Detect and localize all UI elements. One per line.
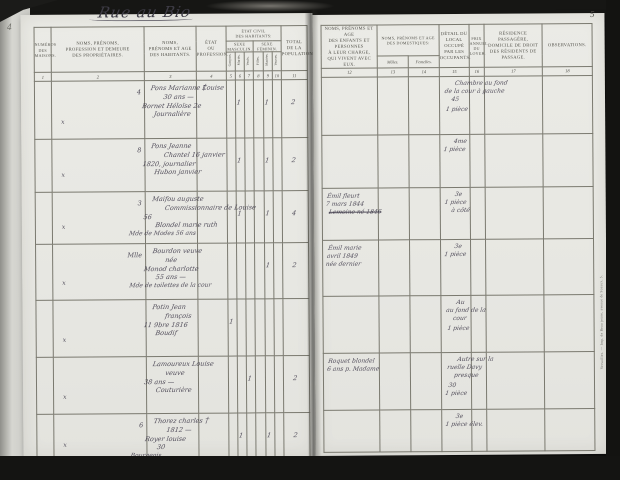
register-row: x Mlle Bourdon veuvenéeMonod charlotte55… xyxy=(36,243,309,301)
civil-cell-maries: 1 xyxy=(238,413,247,460)
civil-cell-veufs xyxy=(244,80,253,138)
civil-cell-veuves xyxy=(272,80,281,138)
check-mark: x xyxy=(62,280,65,287)
civil-cell-veufs xyxy=(247,413,256,460)
observations-cell xyxy=(543,133,593,186)
detail-local-cell: 3e1 pièce xyxy=(440,239,470,295)
prix-loyer-cell xyxy=(471,295,486,352)
register-row: x Lamoureux Louiseveuve38 ans —Couturièr… xyxy=(36,356,309,415)
civil-cell-garcons xyxy=(228,356,237,413)
civil-subcol-maries: Mariés. xyxy=(235,52,244,71)
domestiques-femelles-cell xyxy=(408,76,439,134)
col-header-habitants: NOMS,PRÉNOMS ET AGEDES HABITANTS. xyxy=(144,26,196,72)
prix-loyer-cell xyxy=(470,134,485,187)
civil-cell-garcons: 1 xyxy=(228,299,237,356)
printer-imprint: Versailles. — Imp. de Beau jeune, avenue… xyxy=(599,275,604,369)
maison-cell xyxy=(34,82,51,140)
col-number: 12 xyxy=(321,68,377,77)
residence-cell xyxy=(486,352,544,409)
domestiques-males-cell xyxy=(378,135,409,188)
register-row: Émil fleurt7 mars 1844 Lemoine né 1846 3… xyxy=(322,186,593,240)
proprietaires-cell: x xyxy=(53,357,146,415)
proprietaires-cell: x 8 xyxy=(52,139,145,193)
total-cell xyxy=(283,299,309,356)
civil-cell-filles xyxy=(255,299,265,356)
total-cell: 2 xyxy=(283,356,309,413)
col-number: 5 xyxy=(226,71,235,80)
enfants-cell xyxy=(324,410,380,452)
domestiques-males-cell xyxy=(379,240,410,296)
etat-cell: † xyxy=(196,80,226,138)
domestiques-femelles-cell xyxy=(409,187,440,239)
etat-flourish xyxy=(198,300,227,302)
col-header-enfants: NOMS, PRÉNOMS ET AGEDES ENFANTS ET PERSO… xyxy=(321,25,377,68)
col-number: 11 xyxy=(281,71,307,80)
right-page: 5 NOMS, PRÉNOMS ET AGEDES ENFANTS ET PER… xyxy=(312,13,607,456)
proprietaires-cell: x Mlle xyxy=(53,244,146,301)
etat-flourish xyxy=(197,139,226,141)
etat-cell: † xyxy=(199,413,229,460)
civil-cell-veufs xyxy=(245,191,254,243)
habitants-cell: Pons Marianne Louise30 ans —Bornet Héloï… xyxy=(144,81,196,139)
civil-cell-veuves xyxy=(274,243,283,299)
detail-local-cell: 3e1 pièce élev. xyxy=(442,409,472,451)
civil-cell-filles xyxy=(254,138,264,191)
domestiques-males-cell xyxy=(378,188,409,240)
col-number: 3 xyxy=(144,72,196,81)
civil-cell-mariees: 1 xyxy=(264,138,273,191)
observations-cell xyxy=(543,238,593,294)
right-table-body: Chambre au fondde la cour à gauche451 pi… xyxy=(321,75,595,452)
register-row: x 4 Pons Marianne Louise30 ans —Bornet H… xyxy=(34,80,307,140)
col-header-males: Mâles. xyxy=(377,56,408,68)
civil-cell-veuves xyxy=(274,356,283,413)
civil-cell-garcons xyxy=(226,80,235,138)
residence-cell xyxy=(485,134,543,187)
maison-cell xyxy=(36,301,53,358)
domestiques-males-cell xyxy=(380,410,411,452)
residence-cell xyxy=(486,295,544,352)
civil-cell-veuves xyxy=(273,138,282,191)
civil-cell-maries: 1 xyxy=(236,191,245,243)
observations-cell xyxy=(543,186,593,238)
total-cell: 2 xyxy=(281,80,307,138)
col-header-residence-passagere: RÉSIDENCE PASSAGÈRE,domicile de droitDES… xyxy=(484,24,542,67)
etat-flourish: † xyxy=(198,414,229,425)
detail-local-cell: Autre sur laruelle Davypresque301 pièce xyxy=(441,352,471,409)
col-header-prix-loyer: PRIXannuelduloyer. xyxy=(469,24,484,67)
domestiques-males-cell xyxy=(377,77,408,135)
maison-cell xyxy=(35,140,52,193)
col-header-sexe-masculin: SEXEMASCULIN. xyxy=(226,41,253,53)
col-number: 18 xyxy=(542,66,592,75)
col-number: 7 xyxy=(244,71,253,80)
house-note: 8 xyxy=(137,147,141,155)
col-number: 4 xyxy=(196,71,226,80)
domestiques-femelles-cell xyxy=(410,352,441,409)
civil-cell-mariees xyxy=(265,356,274,413)
register-row: Auau fond de lacour1 pièce xyxy=(323,294,594,353)
civil-cell-mariees: 1 xyxy=(266,413,275,460)
left-table-body: x 4 Pons Marianne Louise30 ans —Bornet H… xyxy=(34,80,310,462)
register-row: x Potin Jeanfrançois11 9bre 1816Boudif 1 xyxy=(36,299,309,358)
enfants-cell: Émil marieavril 1849née dernier xyxy=(323,240,379,296)
col-header-proprietaires: NOMS, PRÉNOMS,PROFESSION ET DEMEUREDES P… xyxy=(51,27,144,73)
col-number: 17 xyxy=(484,67,542,76)
col-header-numeros: NUMÉROSDESMAISONS. xyxy=(34,27,51,72)
total-cell: 2 xyxy=(283,243,309,299)
left-register-table: NUMÉROSDESMAISONS. NOMS, PRÉNOMS,PROFESS… xyxy=(34,25,311,476)
house-note: 4 xyxy=(137,89,141,97)
scanned-register-spread: 4 Rue au Bio NUMÉROSDESMAISONS. NOMS, PR… xyxy=(0,0,620,480)
maison-cell xyxy=(36,358,53,415)
col-number: 6 xyxy=(235,71,244,80)
enfants-cell: Roquet blondel6 ans p. Madame xyxy=(323,353,379,410)
col-header-observations: OBSERVATIONS. xyxy=(542,24,592,67)
register-row: Émil marieavril 1849née dernier 3e1 pièc… xyxy=(323,238,594,296)
col-number: 1 xyxy=(34,73,51,82)
residence-cell xyxy=(485,239,543,295)
domestiques-males-cell xyxy=(379,353,410,410)
check-mark: x xyxy=(62,224,65,231)
left-table-header: NUMÉROSDESMAISONS. NOMS, PRÉNOMS,PROFESS… xyxy=(34,26,307,82)
civil-cell-maries xyxy=(237,299,246,356)
col-header-domestiques-group: NOMS, PRÉNOMS ET AGEDES DOMESTIQUES: xyxy=(377,25,439,56)
domestiques-femelles-cell xyxy=(411,409,442,451)
register-row: x 3 Maifou augusteCommissionnaire de Lou… xyxy=(35,191,308,245)
register-row: 4me1 pièce xyxy=(322,133,593,188)
civil-cell-filles xyxy=(253,80,263,138)
check-mark: x xyxy=(62,172,65,179)
enfants-cell: Émil fleurt7 mars 1844 Lemoine né 1846 xyxy=(322,188,378,240)
col-number: 9 xyxy=(263,71,272,80)
total-cell: 4 xyxy=(282,191,308,243)
register-row: Chambre au fondde la cour à gauche451 pi… xyxy=(321,75,592,135)
prix-loyer-cell xyxy=(470,187,485,239)
observations-cell xyxy=(542,75,592,133)
observations-cell xyxy=(545,408,595,450)
domestiques-males-cell xyxy=(379,296,410,353)
observations-cell xyxy=(544,351,594,408)
check-mark: x xyxy=(63,394,66,401)
etat-flourish: † xyxy=(196,81,227,92)
civil-cell-filles xyxy=(255,243,265,299)
habitants-cell: Potin Jeanfrançois11 9bre 1816Boudif xyxy=(146,300,198,357)
check-mark: x xyxy=(63,337,66,344)
civil-cell-mariees: 1 xyxy=(264,191,273,243)
civil-cell-maries: 1 xyxy=(235,80,244,138)
check-mark: x xyxy=(63,441,66,448)
col-header-femelles: Femelles. xyxy=(408,55,439,67)
col-header-total: TOTALDE LAPOPULATION. xyxy=(281,26,307,72)
col-number: 13 xyxy=(377,68,408,77)
detail-local-cell: Auau fond de lacour1 pièce xyxy=(441,295,471,352)
left-page: Rue au Bio NUMÉROSDESMAISONS. NOMS, PRÉN… xyxy=(20,13,315,459)
civil-cell-garcons xyxy=(228,243,237,299)
civil-cell-maries: 1 xyxy=(236,138,245,191)
civil-subcol-veuves: Veuves. xyxy=(272,52,281,71)
etat-cell xyxy=(198,299,228,356)
enfants-cell xyxy=(321,77,377,135)
residence-cell xyxy=(485,187,543,239)
total-cell: 2 xyxy=(282,138,308,191)
right-register-table: NOMS, PRÉNOMS ET AGEDES ENFANTS ET PERSO… xyxy=(320,23,595,453)
domestiques-femelles-cell xyxy=(410,295,441,352)
maison-cell xyxy=(37,415,54,462)
page-spread: Rue au Bio NUMÉROSDESMAISONS. NOMS, PRÉN… xyxy=(0,0,620,480)
habitants-cell: Thorez charles1812 —Royer louise30Bourge… xyxy=(147,414,199,462)
col-number: 14 xyxy=(408,67,439,76)
domestiques-femelles-cell xyxy=(409,239,440,295)
civil-cell-veufs xyxy=(246,299,255,356)
page-number: 5 xyxy=(590,9,595,19)
house-note: 6 xyxy=(139,422,143,430)
observations-cell xyxy=(544,294,594,351)
civil-cell-veufs: 1 xyxy=(246,356,255,413)
col-header-etat-civil-group: ÉTAT CIVILDES HABITANTS: xyxy=(226,26,281,41)
civil-subcol-filles: Filles. xyxy=(253,52,263,71)
prix-loyer-cell xyxy=(470,239,485,295)
col-number: 10 xyxy=(272,71,281,80)
proprietaires-cell: x 4 xyxy=(51,81,144,140)
proprietaires-cell: x xyxy=(53,300,146,358)
civil-cell-mariees: 1 xyxy=(265,243,274,299)
civil-cell-veufs xyxy=(246,243,255,299)
prix-loyer-cell xyxy=(472,409,487,451)
register-row: 3e1 pièce élev. xyxy=(324,408,595,452)
col-number: 8 xyxy=(253,71,263,80)
col-header-etat-profession: ÉTATOUPROFESSION. xyxy=(196,26,226,72)
civil-cell-mariees: 1 xyxy=(263,80,272,138)
habitants-cell: Maifou augusteCommissionnaire de Louise5… xyxy=(145,192,197,244)
maison-cell xyxy=(36,245,53,301)
house-note: 3 xyxy=(138,200,142,208)
street-title-handwritten: Rue au Bio xyxy=(97,3,194,22)
detail-local-cell: Chambre au fondde la cour à gauche451 pi… xyxy=(439,76,469,134)
register-row: x 6 Thorez charles1812 —Royer louise30Bo… xyxy=(37,413,310,462)
right-table-header: NOMS, PRÉNOMS ET AGEDES ENFANTS ET PERSO… xyxy=(321,24,592,78)
scan-bottom-black-band xyxy=(0,456,620,480)
struck-entry: Lemoine né 1846 xyxy=(328,208,378,215)
civil-subcol-mariees: Mariées. xyxy=(263,52,272,71)
civil-cell-veufs xyxy=(245,138,254,191)
residence-cell xyxy=(487,409,545,451)
maison-cell xyxy=(35,193,52,245)
scan-right-black-band xyxy=(606,0,620,480)
house-note: Mlle xyxy=(127,252,142,260)
enfants-cell xyxy=(322,135,378,188)
detail-local-cell: 4me1 pièce xyxy=(440,134,470,187)
check-mark: x xyxy=(61,119,64,126)
civil-cell-filles xyxy=(255,356,265,413)
total-cell: 2 xyxy=(284,413,310,460)
habitants-cell: Bourdon veuvenéeMonod charlotte55 ans —M… xyxy=(146,244,198,300)
domestiques-femelles-cell xyxy=(409,134,440,187)
civil-cell-maries xyxy=(237,356,246,413)
civil-cell-garcons xyxy=(227,138,236,191)
habitants-cell: Lamoureux Louiseveuve38 ans —Couturière xyxy=(146,357,198,414)
register-row: x 8 Pons JeanneChantel 16 janvier1820, j… xyxy=(35,138,308,193)
detail-local-cell: 3e1 pièceà côté xyxy=(440,187,470,239)
col-header-detail-local: DÉTAIL DU LOCALoccupéPAR LES OCCUPANTS. xyxy=(439,24,469,67)
col-number: 15 xyxy=(439,67,469,76)
col-number: 16 xyxy=(469,67,484,76)
register-row: Roquet blondel6 ans p. Madame Autre sur … xyxy=(323,351,594,410)
civil-cell-veuves xyxy=(274,299,283,356)
habitants-cell: Pons JeanneChantel 16 janvier1820, journ… xyxy=(145,139,197,192)
enfants-cell xyxy=(323,296,379,353)
col-header-sexe-feminin: SEXEFÉMININ. xyxy=(253,41,281,53)
civil-cell-maries xyxy=(237,243,246,299)
civil-cell-mariees xyxy=(265,299,274,356)
civil-subcol-veufs: Veufs. xyxy=(244,52,253,71)
etat-cell xyxy=(197,138,227,191)
